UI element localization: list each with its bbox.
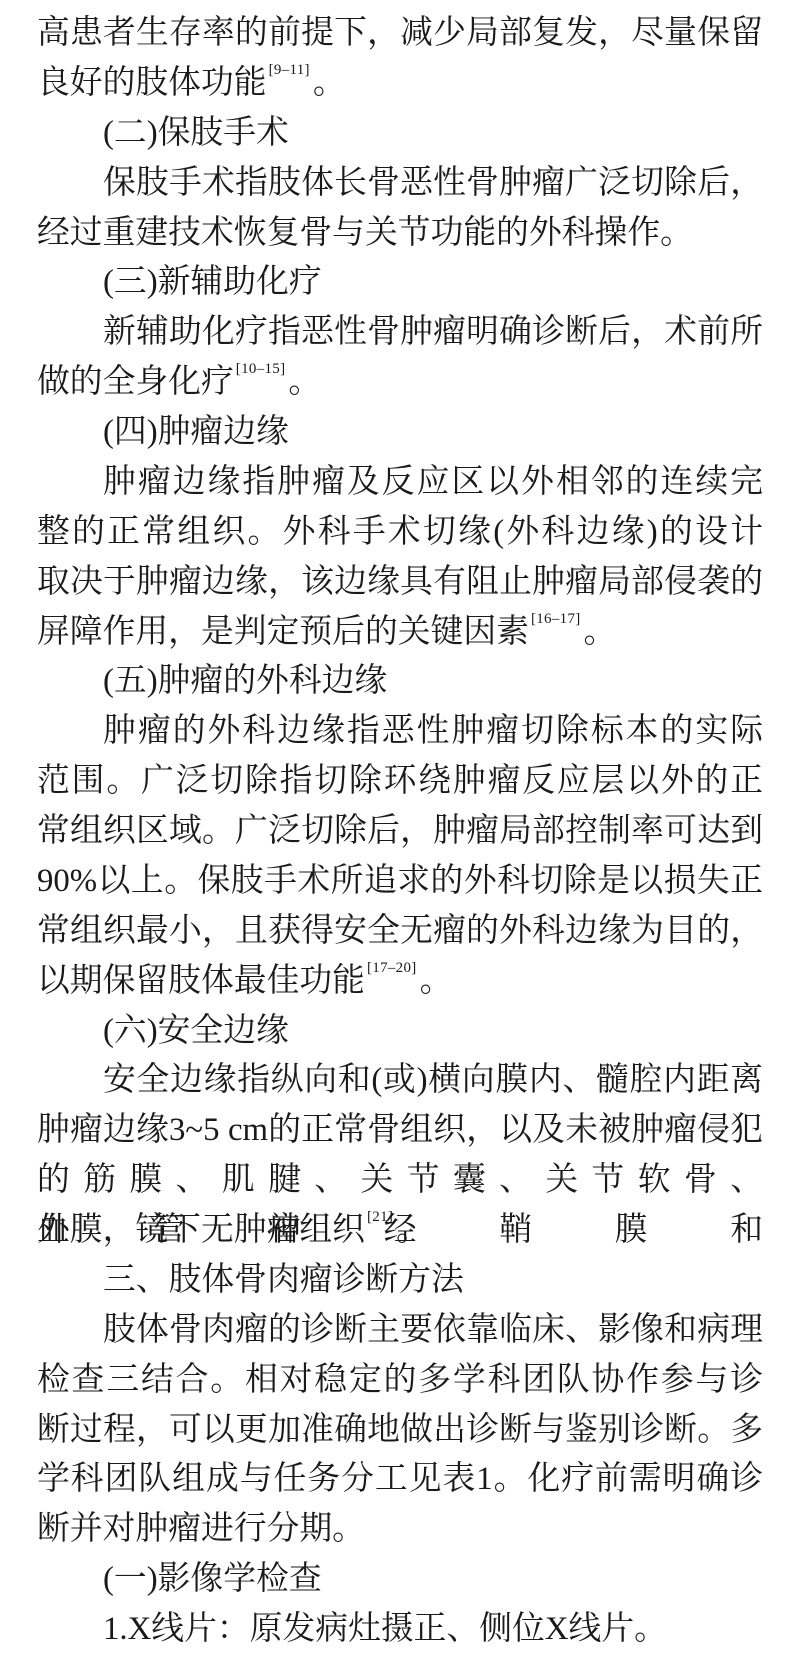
text-line: 高患者生存率的前提下，减少局部复发，尽量保留 bbox=[37, 9, 763, 59]
subsection-heading: (四)肿瘤边缘 bbox=[37, 408, 763, 458]
line-text: 90%以上。保肢手术所追求的外科切除是以损失正 bbox=[37, 863, 763, 899]
citation-reference: [17–20] bbox=[367, 960, 417, 976]
text-line: 常组织区域。广泛切除后，肿瘤局部控制率可达到 bbox=[37, 807, 763, 857]
text-line: 断过程，可以更加准确地做出诊断与鉴别诊断。多 bbox=[37, 1406, 763, 1456]
text-line: 常组织最小，且获得安全无瘤的外科边缘为目的， bbox=[37, 907, 763, 957]
text-line: 范围。广泛切除指切除环绕肿瘤反应层以外的正 bbox=[37, 757, 763, 807]
article-page: 高患者生存率的前提下，减少局部复发，尽量保留 良好的肢体功能[9–11]。 (二… bbox=[0, 0, 800, 1655]
line-text: 断并对肿瘤进行分期。 bbox=[37, 1511, 365, 1547]
sentence-end-punctuation: 。 bbox=[396, 1212, 429, 1248]
line-text: 检查三结合。相对稳定的多学科团队协作参与诊 bbox=[37, 1362, 763, 1398]
line-text: 肿瘤边缘3~5 cm的正常骨组织，以及未被肿瘤侵犯 bbox=[37, 1112, 763, 1148]
subsection-safety-margin: (六)安全边缘 安全边缘指纵向和(或)横向膜内、髓腔内距离 肿瘤边缘3~5 cm… bbox=[37, 1007, 763, 1256]
line-text: 常组织区域。广泛切除后，肿瘤局部控制率可达到 bbox=[37, 813, 763, 849]
line-text: 学科团队组成与任务分工见表1。化疗前需明确诊 bbox=[37, 1461, 763, 1497]
text-line: 经过重建技术恢复骨与关节功能的外科操作。 bbox=[37, 209, 763, 259]
text-line: 肿瘤边缘指肿瘤及反应区以外相邻的连续完 bbox=[37, 458, 763, 508]
text-line: 学科团队组成与任务分工见表1。化疗前需明确诊 bbox=[37, 1455, 763, 1505]
line-text: 断过程，可以更加准确地做出诊断与鉴别诊断。多 bbox=[37, 1412, 763, 1448]
text-line: 做的全身化疗[10–15]。 bbox=[37, 358, 763, 408]
text-line: 安全边缘指纵向和(或)横向膜内、髓腔内距离 bbox=[37, 1056, 763, 1106]
line-text: 保肢手术指肢体长骨恶性骨肿瘤广泛切除后， bbox=[103, 165, 763, 201]
subsection-imaging-examination: (一)影像学检查 1.X线片：原发病灶摄正、侧位X线片。 bbox=[37, 1555, 763, 1655]
text-line: 的筋膜、肌腱、关节囊、关节软骨、血管神经鞘膜和 bbox=[37, 1156, 763, 1206]
text-line: 新辅助化疗指恶性骨肿瘤明确诊断后，术前所 bbox=[37, 308, 763, 358]
section-heading: 三、肢体骨肉瘤诊断方法 bbox=[37, 1256, 763, 1306]
line-text: 良好的肢体功能 bbox=[37, 65, 267, 101]
subsection-neoadjuvant-chemotherapy: (三)新辅助化疗 新辅助化疗指恶性骨肿瘤明确诊断后，术前所 做的全身化疗[10–… bbox=[37, 258, 763, 408]
line-text: 做的全身化疗 bbox=[37, 364, 234, 400]
line-text: 范围。广泛切除指切除环绕肿瘤反应层以外的正 bbox=[37, 763, 763, 799]
line-text: 取决于肿瘤边缘，该边缘具有阻止肿瘤局部侵袭的 bbox=[37, 564, 763, 600]
text-line: 肢体骨肉瘤的诊断主要依靠临床、影像和病理 bbox=[37, 1306, 763, 1356]
line-text: 以期保留肢体最佳功能 bbox=[37, 963, 365, 999]
section-diagnostic-methods: 三、肢体骨肉瘤诊断方法 肢体骨肉瘤的诊断主要依靠临床、影像和病理 检查三结合。相… bbox=[37, 1256, 763, 1655]
line-text: 肢体骨肉瘤的诊断主要依靠临床、影像和病理 bbox=[103, 1312, 763, 1348]
line-text: 常组织最小，且获得安全无瘤的外科边缘为目的， bbox=[37, 913, 763, 949]
line-text: 整的正常组织。外科手术切缘(外科边缘)的设计 bbox=[37, 514, 763, 550]
text-line: 屏障作用，是判定预后的关键因素[16–17]。 bbox=[37, 608, 763, 658]
subsection-heading: (二)保肢手术 bbox=[37, 109, 763, 159]
subsection-heading: (六)安全边缘 bbox=[37, 1007, 763, 1057]
line-text: 高患者生存率的前提下，减少局部复发，尽量保留 bbox=[37, 15, 763, 51]
sentence-end-punctuation: 。 bbox=[288, 364, 321, 400]
sentence-end-punctuation: 。 bbox=[420, 963, 453, 999]
text-line: 检查三结合。相对稳定的多学科团队协作参与诊 bbox=[37, 1356, 763, 1406]
line-text: 经过重建技术恢复骨与关节功能的外科操作。 bbox=[37, 215, 693, 251]
lead-paragraph: 高患者生存率的前提下，减少局部复发，尽量保留 良好的肢体功能[9–11]。 bbox=[37, 9, 763, 109]
citation-reference: [21] bbox=[367, 1209, 393, 1225]
line-text: 肿瘤边缘指肿瘤及反应区以外相邻的连续完 bbox=[103, 464, 763, 500]
text-column: 高患者生存率的前提下，减少局部复发，尽量保留 良好的肢体功能[9–11]。 (二… bbox=[37, 9, 763, 1655]
text-line: 1.X线片：原发病灶摄正、侧位X线片。 bbox=[37, 1605, 763, 1655]
citation-reference: [9–11] bbox=[269, 62, 310, 78]
subsection-surgical-margin: (五)肿瘤的外科边缘 肿瘤的外科边缘指恶性肿瘤切除标本的实际 范围。广泛切除指切… bbox=[37, 657, 763, 1006]
citation-reference: [10–15] bbox=[236, 361, 286, 377]
line-text: 屏障作用，是判定预后的关键因素 bbox=[37, 614, 529, 650]
text-line: 以期保留肢体最佳功能[17–20]。 bbox=[37, 957, 763, 1007]
text-line: 保肢手术指肢体长骨恶性骨肿瘤广泛切除后， bbox=[37, 159, 763, 209]
line-text: 1.X线片：原发病灶摄正、侧位X线片。 bbox=[103, 1611, 667, 1647]
sentence-end-punctuation: 。 bbox=[313, 65, 346, 101]
text-line: 取决于肿瘤边缘，该边缘具有阻止肿瘤局部侵袭的 bbox=[37, 558, 763, 608]
line-text: 新辅助化疗指恶性骨肿瘤明确诊断后，术前所 bbox=[103, 314, 763, 350]
subsection-limb-salvage-surgery: (二)保肢手术 保肢手术指肢体长骨恶性骨肿瘤广泛切除后， 经过重建技术恢复骨与关… bbox=[37, 109, 763, 259]
subsection-heading: (五)肿瘤的外科边缘 bbox=[37, 657, 763, 707]
line-text: 外膜，镜下无肿瘤组织 bbox=[37, 1212, 365, 1248]
sentence-end-punctuation: 。 bbox=[584, 614, 617, 650]
subsection-heading: (三)新辅助化疗 bbox=[37, 258, 763, 308]
line-text: 安全边缘指纵向和(或)横向膜内、髓腔内距离 bbox=[103, 1062, 763, 1098]
subsection-heading: (一)影像学检查 bbox=[37, 1555, 763, 1605]
text-line: 肿瘤的外科边缘指恶性肿瘤切除标本的实际 bbox=[37, 707, 763, 757]
line-text: 肿瘤的外科边缘指恶性肿瘤切除标本的实际 bbox=[103, 713, 763, 749]
text-line: 整的正常组织。外科手术切缘(外科边缘)的设计 bbox=[37, 508, 763, 558]
text-line: 良好的肢体功能[9–11]。 bbox=[37, 59, 763, 109]
citation-reference: [16–17] bbox=[531, 611, 581, 627]
text-line: 肿瘤边缘3~5 cm的正常骨组织，以及未被肿瘤侵犯 bbox=[37, 1106, 763, 1156]
text-line: 断并对肿瘤进行分期。 bbox=[37, 1505, 763, 1555]
text-line: 90%以上。保肢手术所追求的外科切除是以损失正 bbox=[37, 857, 763, 907]
subsection-tumor-margin: (四)肿瘤边缘 肿瘤边缘指肿瘤及反应区以外相邻的连续完 整的正常组织。外科手术切… bbox=[37, 408, 763, 657]
